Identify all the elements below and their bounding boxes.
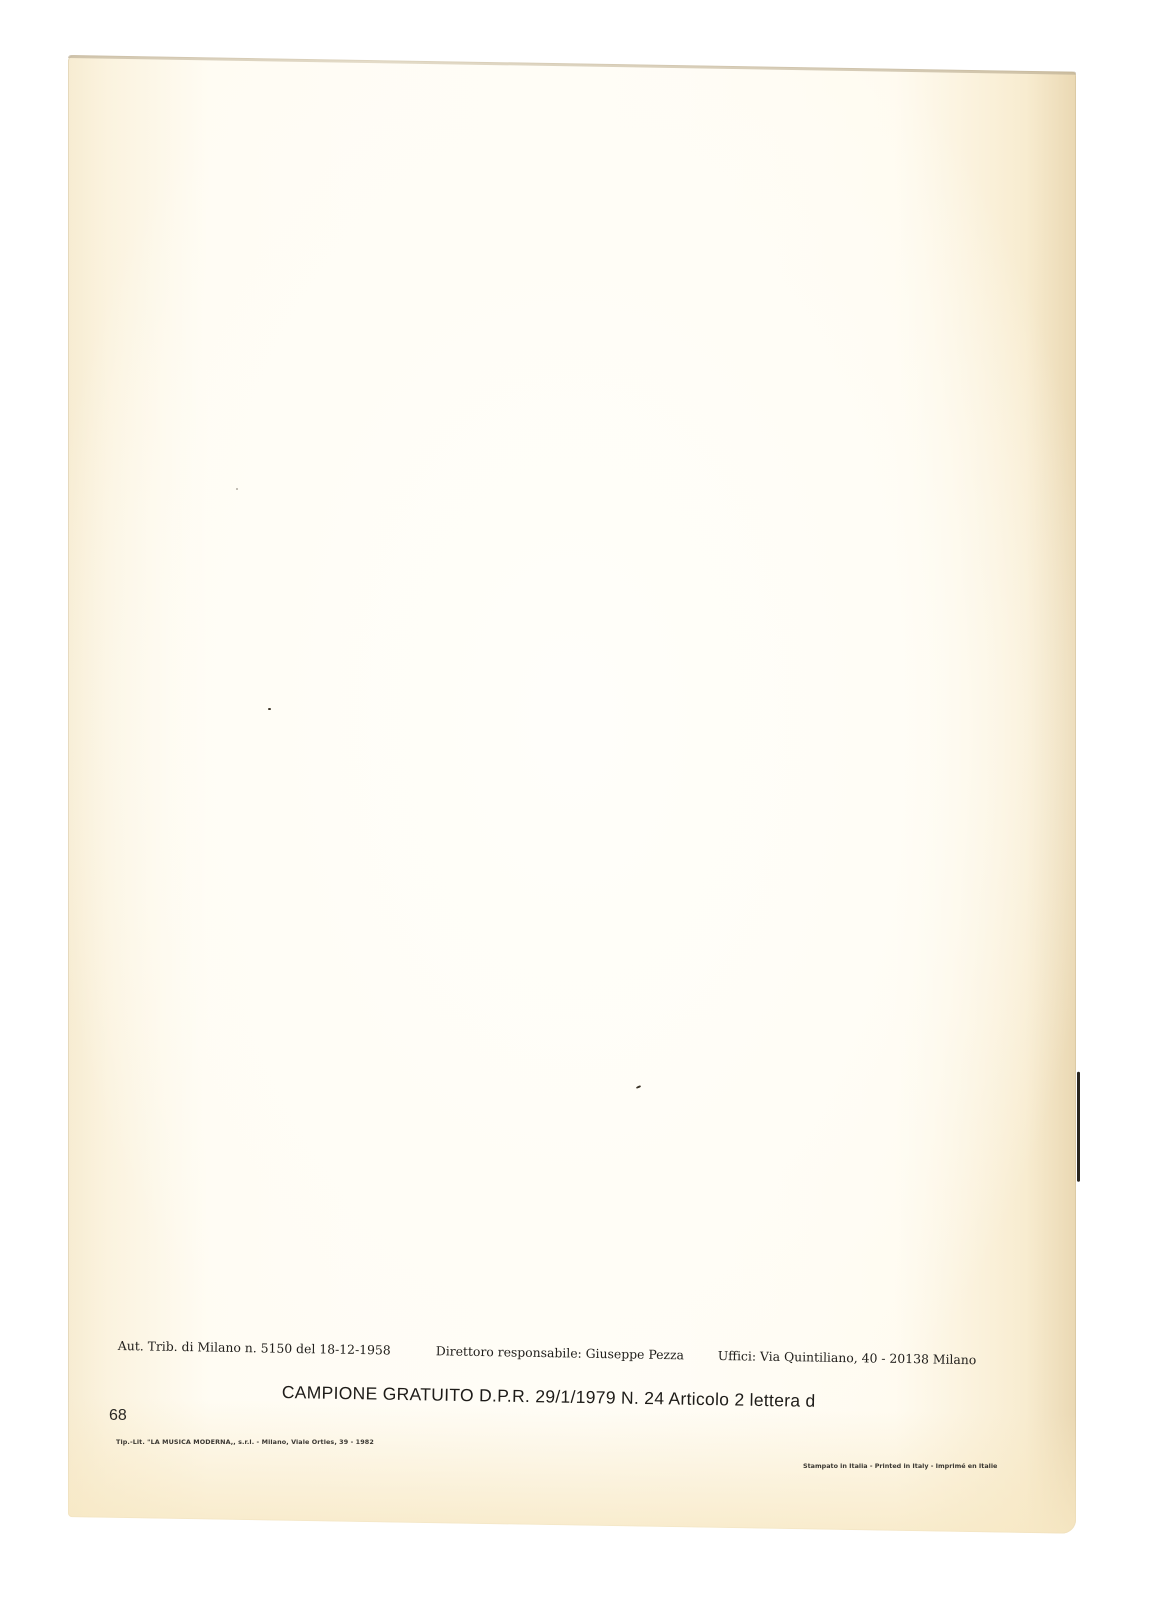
offices-address: Uffici: Via Quintiliano, 40 - 20138 Mila… [718,1348,977,1367]
spine-edge-shadow [1077,1072,1080,1182]
free-sample-notice: CAMPIONE GRATUITO D.P.R. 29/1/1979 N. 24… [282,1382,816,1412]
printer-credit: Tip.-Lit. "LA MUSICA MODERNA,, s.r.l. - … [116,1438,374,1446]
page-content: Aut. Trib. di Milano n. 5150 del 18-12-1… [68,55,1076,1517]
paper-speck [268,708,271,710]
magazine-back-page: Aut. Trib. di Milano n. 5150 del 18-12-1… [68,55,1076,1534]
paper-speck [636,1085,641,1089]
page-number: 68 [109,1407,127,1425]
printed-in-italy-notice: Stampato in Italia - Printed in Italy - … [803,1462,997,1470]
paper-speck [236,488,238,490]
authorization-text: Aut. Trib. di Milano n. 5150 del 18-12-1… [118,1338,391,1358]
director-text: Direttoro responsabile: Giuseppe Pezza [436,1343,684,1362]
imprint-line: Aut. Trib. di Milano n. 5150 del 18-12-1… [118,1338,1073,1354]
